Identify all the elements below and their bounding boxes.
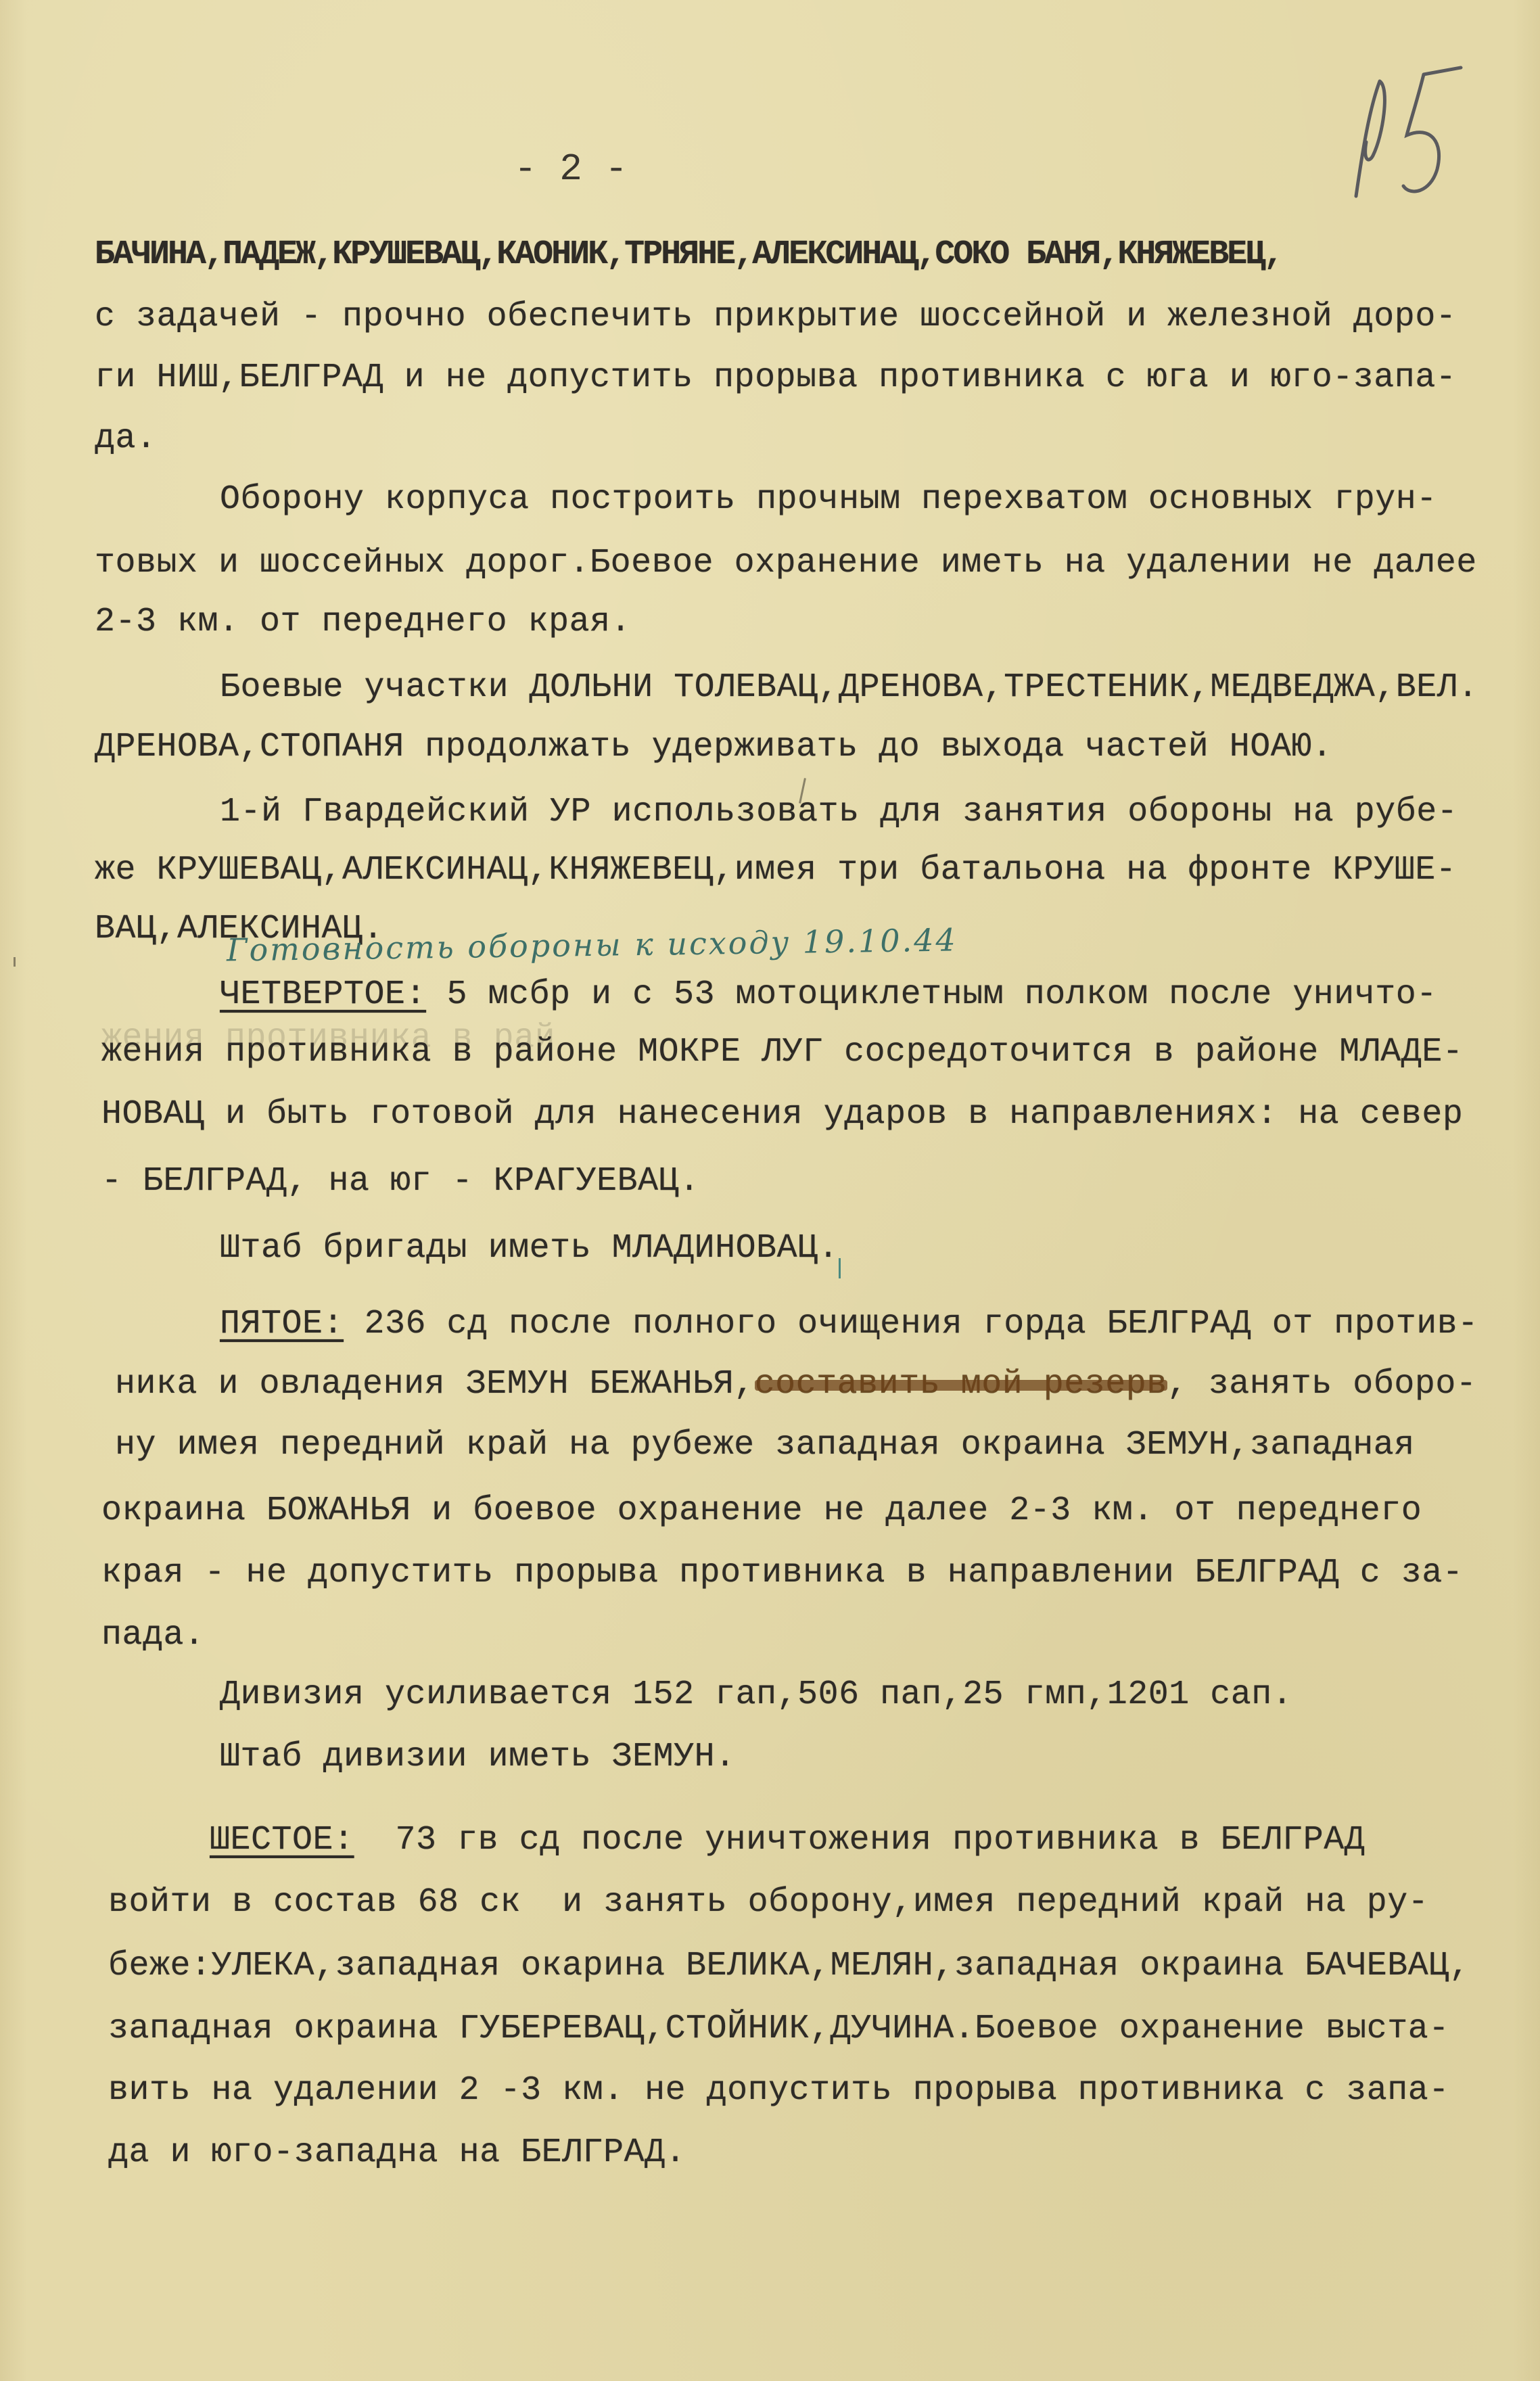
text-line: Боевые участки ДОЛЬНИ ТОЛЕВАЦ,ДРЕНОВА,ТР… [220, 668, 1478, 708]
text-line: ги НИШ,БЕЛГРАД и не допустить прорыва пр… [95, 358, 1456, 398]
ink-mark [839, 1258, 841, 1278]
struck-out-text: составить мой резерв [755, 1365, 1167, 1404]
text-line: Дивизия усиливается 152 гап,506 пап,25 г… [220, 1675, 1292, 1715]
text-line: беже:УЛЕКА,западная окарина ВЕЛИКА,МЕЛЯН… [108, 1946, 1470, 1987]
text-line: края - не допустить прорыва противника в… [101, 1553, 1463, 1594]
text-line: же КРУШЕВАЦ,АЛЕКСИНАЦ,КНЯЖЕВЕЦ,имея три … [95, 850, 1456, 891]
text-line: Штаб дивизии иметь ЗЕМУН. [220, 1737, 736, 1778]
page-number: - 2 - [514, 147, 628, 191]
text-line: Штаб бригады иметь МЛАДИНОВАЦ. [220, 1228, 839, 1269]
text-line: - БЕЛГРАД, на юг - КРАГУЕВАЦ. [101, 1161, 700, 1202]
section-5-line-2: ника и овладения ЗЕМУН БЕЖАНЬЯ,составить… [115, 1364, 1476, 1405]
text-line: войти в состав 68 ск и занять оборону,им… [108, 1882, 1428, 1923]
folio-number-pencil: 95 [1343, 61, 1478, 210]
text-line: да и юго-западна на БЕЛГРАД. [108, 2133, 686, 2173]
text-line: ДРЕНОВА,СТОПАНЯ продолжать удерживать до… [95, 727, 1332, 768]
text-line: БАЧИНА,ПАДЕЖ,КРУШЕВАЦ,КАОНИК,ТРНЯНЕ,АЛЕК… [95, 235, 1282, 275]
section-5-heading: ПЯТОЕ: [220, 1305, 344, 1343]
text-line: Оборону корпуса построить прочным перехв… [220, 480, 1437, 520]
text-line: западная окраина ГУБЕРЕВАЦ,СТОЙНИК,ДУЧИН… [108, 2009, 1449, 2050]
document-page: 95 - 2 - БАЧИНА,ПАДЕЖ,КРУШЕВАЦ,КАОНИК,ТР… [0, 0, 1540, 2381]
text-line: 1-й Гвардейский УР использовать для заня… [220, 792, 1457, 833]
text-line: пада. [101, 1615, 205, 1656]
text-line: вить на удалении 2 -3 км. не допустить п… [108, 2071, 1449, 2111]
section-5-first-line: ПЯТОЕ: 236 сд после полного очищения гор… [220, 1304, 1478, 1345]
text-line: с задачей - прочно обеспечить прикрытие … [95, 297, 1456, 338]
text-line: окраина БОЖАНЬЯ и боевое охранение не да… [101, 1491, 1422, 1531]
section-6-heading: ШЕСТОЕ: [210, 1821, 354, 1859]
text-line: НОВАЦ и быть готовой для нанесения ударо… [101, 1094, 1463, 1135]
text-line: 2-3 км. от переднего края. [95, 602, 631, 643]
section-4-first-line: ЧЕТВЕРТОЕ: 5 мсбр и с 53 мотоциклетным п… [220, 975, 1437, 1015]
margin-mark [14, 957, 16, 967]
text-line: жения противника в районе МОКРЕ ЛУГ соср… [101, 1032, 1463, 1073]
text-line: да. [95, 419, 157, 459]
text-line: ну имея передний край на рубеже западная… [115, 1425, 1415, 1466]
section-4-heading: ЧЕТВЕРТОЕ: [220, 975, 426, 1014]
text-line: товых и шоссейных дорог.Боевое охранение… [95, 543, 1477, 584]
section-6-first-line: ШЕСТОЕ: 73 гв сд после уничтожения проти… [210, 1820, 1365, 1861]
